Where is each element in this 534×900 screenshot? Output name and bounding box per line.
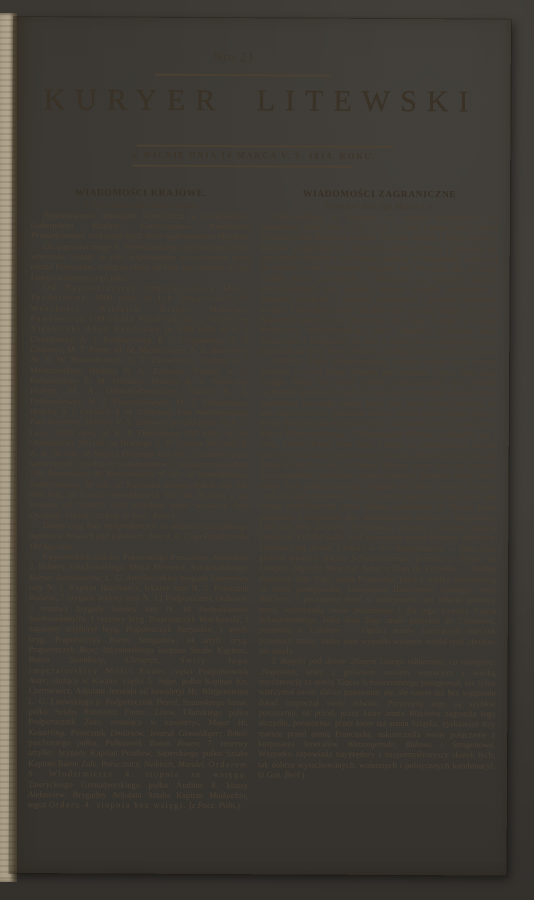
text-run: ; zostaiący w kawaleryi, Major Hr.: [100, 717, 249, 728]
text-run: , i Feldmarszałka: [342, 429, 406, 439]
text-run: , 1 rezerwy bryg. Praporszczyk: [85, 613, 199, 624]
text-run: ): [237, 800, 240, 810]
text-run: , rozkazano bydź Wice-Gubernatorem Mińsk…: [84, 231, 250, 242]
masthead: Nro 21. KURYER LITEWSKI w WILNIE DNIA 14…: [31, 47, 499, 168]
text-run: ku: [452, 460, 467, 470]
text-run: Marną i Sekwaną: [418, 243, 483, 253]
text-run: Sezanne: [466, 460, 494, 470]
text-run: ,: [394, 739, 405, 749]
text-run: , i począwszy mieć w podeyrzeniu ten odw…: [259, 594, 496, 615]
text-run: Blüchera: [315, 232, 347, 242]
text-run: Montereau: [347, 315, 384, 325]
text-run: , lekkiey roty N. 2. Porucznik: [139, 583, 249, 594]
text-run: ;: [219, 728, 226, 738]
text-run: Keizerling: [28, 727, 64, 737]
text-run: z Pocz. Półn.: [192, 800, 237, 810]
paragraph: Od Nayiaśnieyszey Imperatorowey Maryi Te…: [29, 282, 250, 521]
paragraph: Kirysyerskich półków; Pskowskiego Porucz…: [28, 551, 249, 811]
text-run: Bazylewicz: [100, 582, 138, 592]
text-run: Troyes: [420, 408, 443, 418]
issue-number: Nro 21.: [213, 49, 260, 64]
text-run: , przeszła z: [408, 553, 459, 563]
text-run: L. G. Litewskiego p. Podporucznik: [28, 696, 156, 707]
text-run: Kniżnikow: [213, 552, 249, 562]
text-run: nad: [342, 563, 362, 573]
text-run: ): [172, 510, 175, 520]
text-run: Baru: [325, 563, 342, 573]
page-content: Nro 21. KURYER LITEWSKI w WILNIE DNIA 14…: [10, 17, 511, 812]
column-paragraphs: Sprawuiącemu obowiązki Konsyliarza w Gro…: [28, 210, 251, 811]
text-run: Blücher: [382, 460, 409, 470]
text-run: Aster: [29, 675, 47, 685]
text-run: , Adjutant Jenerała od kawaleryi Hr.: [70, 686, 201, 697]
paragraph: Sprawuiącemu obowiązki Konsyliarza w Gro…: [31, 210, 251, 242]
text-run: , 24go do: [286, 563, 325, 573]
text-run: Przeseńcowowi: [31, 230, 85, 240]
text-run: Pozdiew: [121, 748, 150, 758]
text-run: Marny: [449, 502, 472, 512]
text-run: ; Jenerał: [143, 727, 179, 737]
text-run: Colombe: [425, 563, 456, 573]
text-run: Bułaria: [29, 592, 55, 602]
text-run: Czerniewicz: [28, 685, 70, 695]
text-run: Sprawuiącemu obowiązki Konsyliarza w Gro…: [31, 210, 251, 231]
text-run: Naryszkin: [177, 624, 211, 634]
text-run: Vandoeuvres: [294, 459, 338, 469]
text-run: Schwarzenberga: [259, 614, 316, 624]
text-run: Suchowokobylin: [29, 613, 85, 623]
column-paragraphs: Otrzymaliśmy tu następne od woyska wiado…: [258, 211, 498, 781]
text-run: Dubowik: [216, 593, 247, 603]
text-run: Do patryotycznego S. Petersburskiego zgr…: [31, 241, 251, 282]
text-run: Sekwany: [350, 346, 380, 356]
text-run: Bülowa i Strogonowa: [417, 512, 495, 522]
rule-under-issue-number: [155, 74, 331, 77]
text-run: Stroganów: [138, 634, 175, 644]
text-run: Dmitriew: [110, 727, 143, 737]
paragraph: Otrzymaliśmy tu następne od woyska wiado…: [259, 211, 498, 657]
text-run: Vesoul: [348, 491, 370, 501]
text-run: , i: [423, 522, 436, 532]
text-run: Troyes: [431, 367, 454, 377]
text-run: Kwater. części Podpułkownik: [134, 665, 249, 676]
text-run: Szamburg, Olengren: [70, 655, 158, 665]
text-run: , a Feldmar.: [337, 460, 382, 470]
text-run: Sekwany: [349, 367, 379, 377]
text-run: Troyes: [310, 439, 333, 449]
text-run: , służący w Kwater. części 5. Jeger. puł…: [47, 675, 249, 686]
text-run: Blüchera: [463, 533, 495, 543]
text-run: Z: [272, 656, 281, 666]
text-run: Emme: [124, 707, 146, 717]
columns: WIADOMOŚCI KRAJOWE. S. Petersburg dnia 2…: [28, 187, 498, 812]
newspaper-title: KURYER LITEWSKI: [23, 84, 498, 118]
text-run: , która dnia 26go miała przeyśdź do: [316, 615, 458, 626]
rule-below-dateline: [132, 164, 353, 167]
text-run: Schwarzenberga: [285, 428, 342, 438]
text-run: Tobol:: [226, 728, 248, 738]
text-run: Wittgensteina: [202, 686, 249, 696]
text-run: Blüchera: [259, 594, 291, 604]
text-run: ,: [158, 655, 180, 665]
text-run: , 5000 rubli, od: [87, 293, 158, 303]
masthead-dateline: w WILNIE DNIA 14 MARCA V. S. 1814. ROKU.: [131, 149, 498, 162]
text-run: Bülowa i Strogonowa: [405, 739, 493, 749]
column-domestic-news: WIADOMOŚCI KRAJOWE. S. Petersburg dnia 2…: [28, 187, 251, 811]
text-run: Reyc: [79, 644, 96, 654]
text-run: Pestel: [156, 697, 177, 707]
text-run: Soissons: [362, 522, 392, 532]
text-run: Schwarzenberga: [361, 677, 418, 687]
text-run: Miakuchin: [209, 790, 246, 800]
paragraph: Dalszy ciąg listy nadgrodzonych za okaza…: [29, 520, 249, 552]
text-run: Blüchera: [406, 429, 438, 439]
text-run: Winzingeroda: [363, 511, 410, 521]
text-run: po 1000 rubli: od K. P. Chanikowey, A. J…: [29, 324, 250, 510]
text-run: , Brygadny Adjutant Sztabs Kapitan: [65, 789, 209, 800]
text-run: Neikirch, Mandel: [144, 759, 204, 769]
text-run: Bazylei: [280, 656, 305, 666]
text-run: Gewaldiger: [179, 728, 220, 738]
text-run: 2. Holstey, Głuchowskiego, Major: [29, 561, 153, 572]
text-run: Mirowicz: [153, 562, 185, 572]
text-run: piechotnego pułku, Pułkownik Baron: [28, 737, 177, 748]
text-run: Colombe: [310, 625, 341, 635]
text-run: , Porucznik: [64, 727, 110, 737]
text-run: Schwarzenberga: [351, 553, 408, 563]
text-run: Tawryckiego Grenadyerskiego pułku Audito…: [28, 779, 248, 790]
text-run: , a 25go do: [379, 563, 425, 573]
text-run: Orderu 4. stopnia bez wstęgi.: [49, 799, 187, 810]
text-run: ): [301, 770, 304, 780]
text-run: Arcis: [434, 460, 452, 470]
text-run: pod miastem: [379, 367, 432, 377]
text-run: 100 rub, 20 kop. (: [62, 510, 126, 520]
paragraph: Do patryotycznego S. Petersburskiego zgr…: [31, 241, 251, 284]
text-run: Rozen: [177, 738, 198, 748]
text-run: z Gaz. Berl.: [261, 769, 302, 779]
text-run: Kornet Jarosławcow: [29, 572, 100, 582]
text-run: , Porucznicy,: [96, 758, 143, 768]
text-run: Rheims: [398, 522, 423, 532]
text-run: Zalc: [81, 758, 96, 768]
text-run: Schwarzenberg: [332, 356, 385, 366]
text-run: przez: [410, 460, 435, 470]
text-run: Chaumont: [458, 615, 494, 625]
newspaper-page: Nro 21. KURYER LITEWSKI w WILNIE DNIA 14…: [10, 17, 511, 876]
text-run: Kirysyerskich półków; Pskowskiego Porucz…: [42, 551, 213, 562]
paragraph: Z Bazylei pod dniem 28mym Lutego odbiera…: [258, 656, 496, 781]
rule-above-dateline: [136, 144, 394, 147]
text-run: Schwarzenberga: [304, 480, 361, 490]
text-run: Zass: [84, 717, 100, 727]
text-run: Wolchowski: [199, 614, 240, 624]
text-run: Aleksieiew: [28, 789, 65, 799]
text-run: tak chwalebnie stoczyła z naywiększą czę…: [260, 243, 497, 325]
text-run: Dalszy ciąg listy nadgrodzonych za okaza…: [29, 520, 249, 551]
text-run: Chalons: [436, 522, 465, 532]
text-run: Winzingerode: [347, 739, 394, 749]
text-run: , Astrachańskiego,: [185, 562, 249, 572]
text-run: z Pocz: Półn:: [126, 510, 172, 520]
photo-background: Nro 21. KURYER LITEWSKI w WILNIE DNIA 14…: [0, 0, 534, 900]
column-foreign-news: WIADOMOŚCI ZAGRANICZNE Frankfort dnia 3g…: [258, 188, 498, 812]
text-run: , 7 brygady lekkiey roty N. 13 Podporucz…: [55, 593, 216, 604]
text-run: Blüchera: [409, 708, 441, 718]
text-run: Aube: [362, 563, 380, 573]
